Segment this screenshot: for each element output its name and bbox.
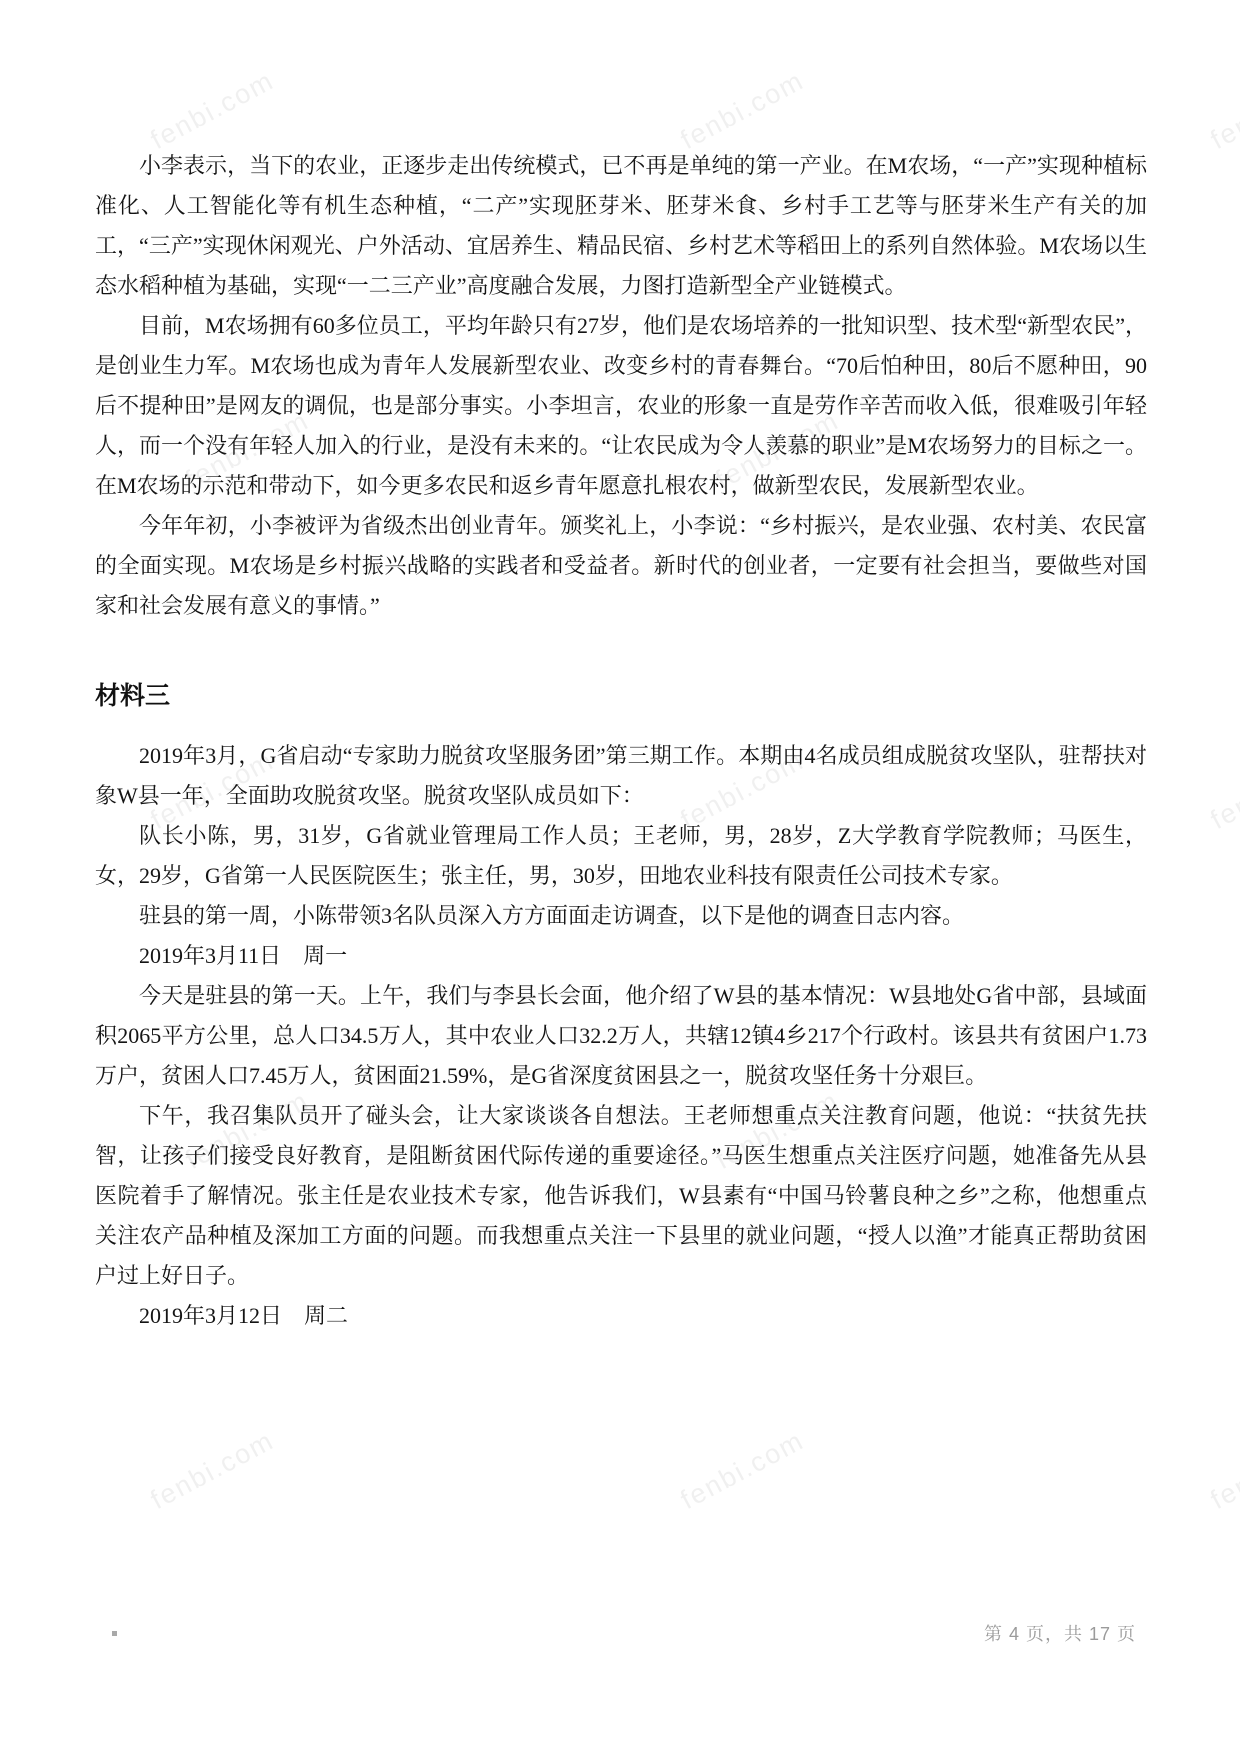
watermark-text: fenbi.com: [1206, 1425, 1240, 1516]
page-artifact-dot: [112, 1631, 117, 1636]
document-body: 小李表示，当下的农业，正逐步走出传统模式，已不再是单纯的第一产业。在M农场，“一…: [95, 146, 1147, 1336]
page-number-indicator: 第 4 页，共 17 页: [984, 1620, 1136, 1646]
paragraph: 目前，M农场拥有60多位员工，平均年龄只有27岁，他们是农场培养的一批知识型、技…: [95, 306, 1147, 506]
paragraph: 今年年初，小李被评为省级杰出创业青年。颁奖礼上，小李说：“乡村振兴，是农业强、农…: [95, 506, 1147, 626]
watermark-text: fenbi.com: [146, 65, 280, 156]
diary-date-line: 2019年3月12日 周二: [95, 1296, 1147, 1336]
paragraph: 2019年3月，G省启动“专家助力脱贫攻坚服务团”第三期工作。本期由4名成员组成…: [95, 736, 1147, 816]
watermark-text: fenbi.com: [1206, 65, 1240, 156]
watermark-text: fenbi.com: [676, 1425, 810, 1516]
paragraph: 下午，我召集队员开了碰头会，让大家谈谈各自想法。王老师想重点关注教育问题，他说：…: [95, 1096, 1147, 1296]
paragraph: 今天是驻县的第一天。上午，我们与李县长会面，他介绍了W县的基本情况：W县地处G省…: [95, 976, 1147, 1096]
watermark-text: fenbi.com: [146, 1425, 280, 1516]
paragraph: 小李表示，当下的农业，正逐步走出传统模式，已不再是单纯的第一产业。在M农场，“一…: [95, 146, 1147, 306]
paragraph: 驻县的第一周，小陈带领3名队员深入方方面面走访调查，以下是他的调查日志内容。: [95, 896, 1147, 936]
document-page: fenbi.comfenbi.comfenbi.comfenbi.comfenb…: [0, 0, 1240, 1754]
watermark-text: fenbi.com: [676, 65, 810, 156]
section-heading-material-3: 材料三: [95, 680, 1147, 714]
diary-date-line: 2019年3月11日 周一: [95, 936, 1147, 976]
paragraph: 队长小陈，男，31岁，G省就业管理局工作人员；王老师，男，28岁，Z大学教育学院…: [95, 816, 1147, 896]
watermark-text: fenbi.com: [1206, 745, 1240, 836]
